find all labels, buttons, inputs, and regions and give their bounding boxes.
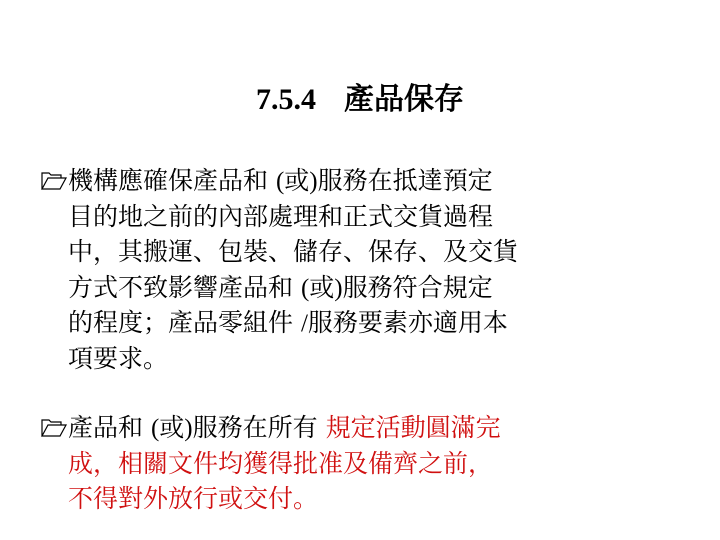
section-title: 7.5.4產品保存 — [0, 80, 720, 120]
folder-outline-icon — [40, 168, 68, 192]
paragraph-line: 機構應確保產品和 (或)服務在抵達預定 — [40, 163, 680, 199]
bullet-paragraph-2: 產品和 (或)服務在所有 規定活動圓滿完 成，相關文件均獲得批准及備齊之前， 不… — [40, 410, 680, 517]
highlight-text: 規定活動圓滿完 — [326, 413, 501, 442]
paragraph-line: 產品和 (或)服務在所有 規定活動圓滿完 — [40, 410, 680, 446]
folder-outline-icon — [40, 415, 68, 439]
paragraph-line: 中，其搬運、包裝、儲存、保存、及交貨 — [40, 234, 680, 270]
section-heading: 產品保存 — [344, 82, 464, 117]
paragraph-line: 目的地之前的內部處理和正式交貨過程 — [40, 199, 680, 235]
paragraph-line: 項要求。 — [40, 341, 680, 377]
paragraph-line: 方式不致影響產品和 (或)服務符合規定 — [40, 270, 680, 306]
paragraph-line: 不得對外放行或交付。 — [40, 481, 680, 517]
paragraph-line: 的程度；產品零組件 /服務要素亦適用本 — [40, 305, 680, 341]
paragraph-line: 成，相關文件均獲得批准及備齊之前， — [40, 446, 680, 482]
bullet-paragraph-1: 機構應確保產品和 (或)服務在抵達預定 目的地之前的內部處理和正式交貨過程 中，… — [40, 163, 680, 376]
section-number: 7.5.4 — [256, 83, 316, 116]
